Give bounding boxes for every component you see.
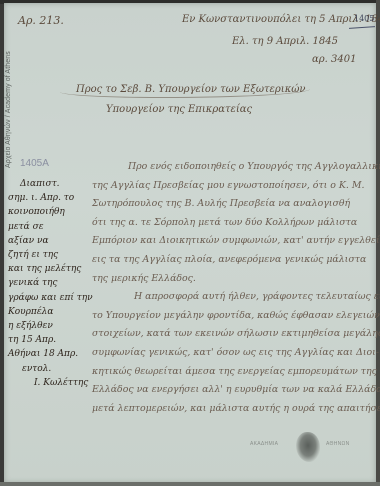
place-date: Εν Κωνσταντινουπόλει τη 5 Απριλ. 1845. [182, 14, 380, 25]
margin-line: Αθήναι 18 Απρ. [8, 347, 93, 361]
letter-body: Προ ενός ειδοποιηθείς ο Υπουργός της Αγγ… [92, 158, 372, 418]
body-line: Προ ενός ειδοποιηθείς ο Υπουργός της Αγγ… [92, 158, 372, 177]
margin-line: σημ. ι. Απρ. το [8, 191, 93, 205]
margin-line: Κουρπέλα [8, 305, 93, 319]
margin-signature: Ι. Κωλέττης [8, 376, 93, 390]
margin-line: αξίαν να [8, 234, 93, 248]
archive-watermark: Αρχείο Αθηνών / Academy of Athens [5, 18, 19, 168]
reference-number: Αρ. 213. [18, 14, 64, 27]
margin-line: μετά σε [8, 220, 93, 234]
margin-line: κοινοποιήθη [8, 205, 93, 219]
margin-line: ζητή ει της [8, 248, 93, 262]
address-line-1: Προς το Σεβ. Β. Υπουργείον των Εξωτερικώ… [76, 84, 306, 95]
pencil-annotation: 1405A [20, 158, 49, 169]
margin-line: γενικά της [8, 276, 93, 290]
received-date: Ελ. τη 9 Απριλ. 1845 [232, 36, 338, 47]
body-line: Ελλάδος να ενεργήσει αλλ' η ευρυθμία των… [92, 381, 372, 400]
body-line: το Υπουργείον μεγάλην φροντίδα, καθώς έφ… [92, 307, 372, 326]
archive-number: 1405 [354, 14, 374, 23]
protocol-number: αρ. 3401 [312, 54, 356, 65]
stamp-label-right: ΑΘΗΝΩΝ [326, 441, 350, 447]
margin-line: η εξήλθεν [8, 319, 93, 333]
margin-note: Διαπιστ. σημ. ι. Απρ. το κοινοποιήθη μετ… [8, 177, 93, 390]
body-line: ότι της α. τε Σόρπολη μετά των δύο Κολλή… [92, 214, 372, 233]
body-line: Η απροσφορά αυτή ήλθεν, γράφοντες τελευτ… [92, 288, 372, 307]
athena-head-seal-icon [296, 432, 320, 462]
stamp-label-left: ΑΚΑΔΗΜΙΑ [250, 441, 278, 447]
body-line: της Αγγλίας Πρεσβείας μου εγνωστοποίησεν… [92, 177, 372, 196]
margin-line: και της μελέτης [8, 262, 93, 276]
body-line: κητικώς θεωρείται άμεσα της ενεργείας εμ… [92, 363, 372, 382]
body-line: της μερικής Ελλάδος. [92, 270, 372, 289]
scan-bottom-border [0, 482, 380, 486]
body-line: συμφωνίας γενικώς, κατ' όσον ως εις της … [92, 344, 372, 363]
body-line: Εμπόριον και Διοικητικών συμφωνιών, κατ'… [92, 232, 372, 251]
body-line: Σωτηρόπουλος της Β. Αυλής Πρεσβεία να αν… [92, 195, 372, 214]
address-line-2: Υπουργείον της Επικρατείας [106, 104, 252, 115]
margin-line: τη 15 Απρ. [8, 333, 93, 347]
body-line: εις τα της Αγγλίας πλοία, ανεφερόμενα γε… [92, 251, 372, 270]
margin-line: εντολ. [8, 362, 93, 376]
margin-line: γράφω και επί την [8, 291, 93, 305]
body-line: μετά λεπτομερειών, και μάλιστα αυτής η ο… [92, 400, 372, 419]
body-line: στοιχείων, κατά των εκεινών σήλωσιν εκτι… [92, 325, 372, 344]
margin-line: Διαπιστ. [8, 177, 93, 191]
